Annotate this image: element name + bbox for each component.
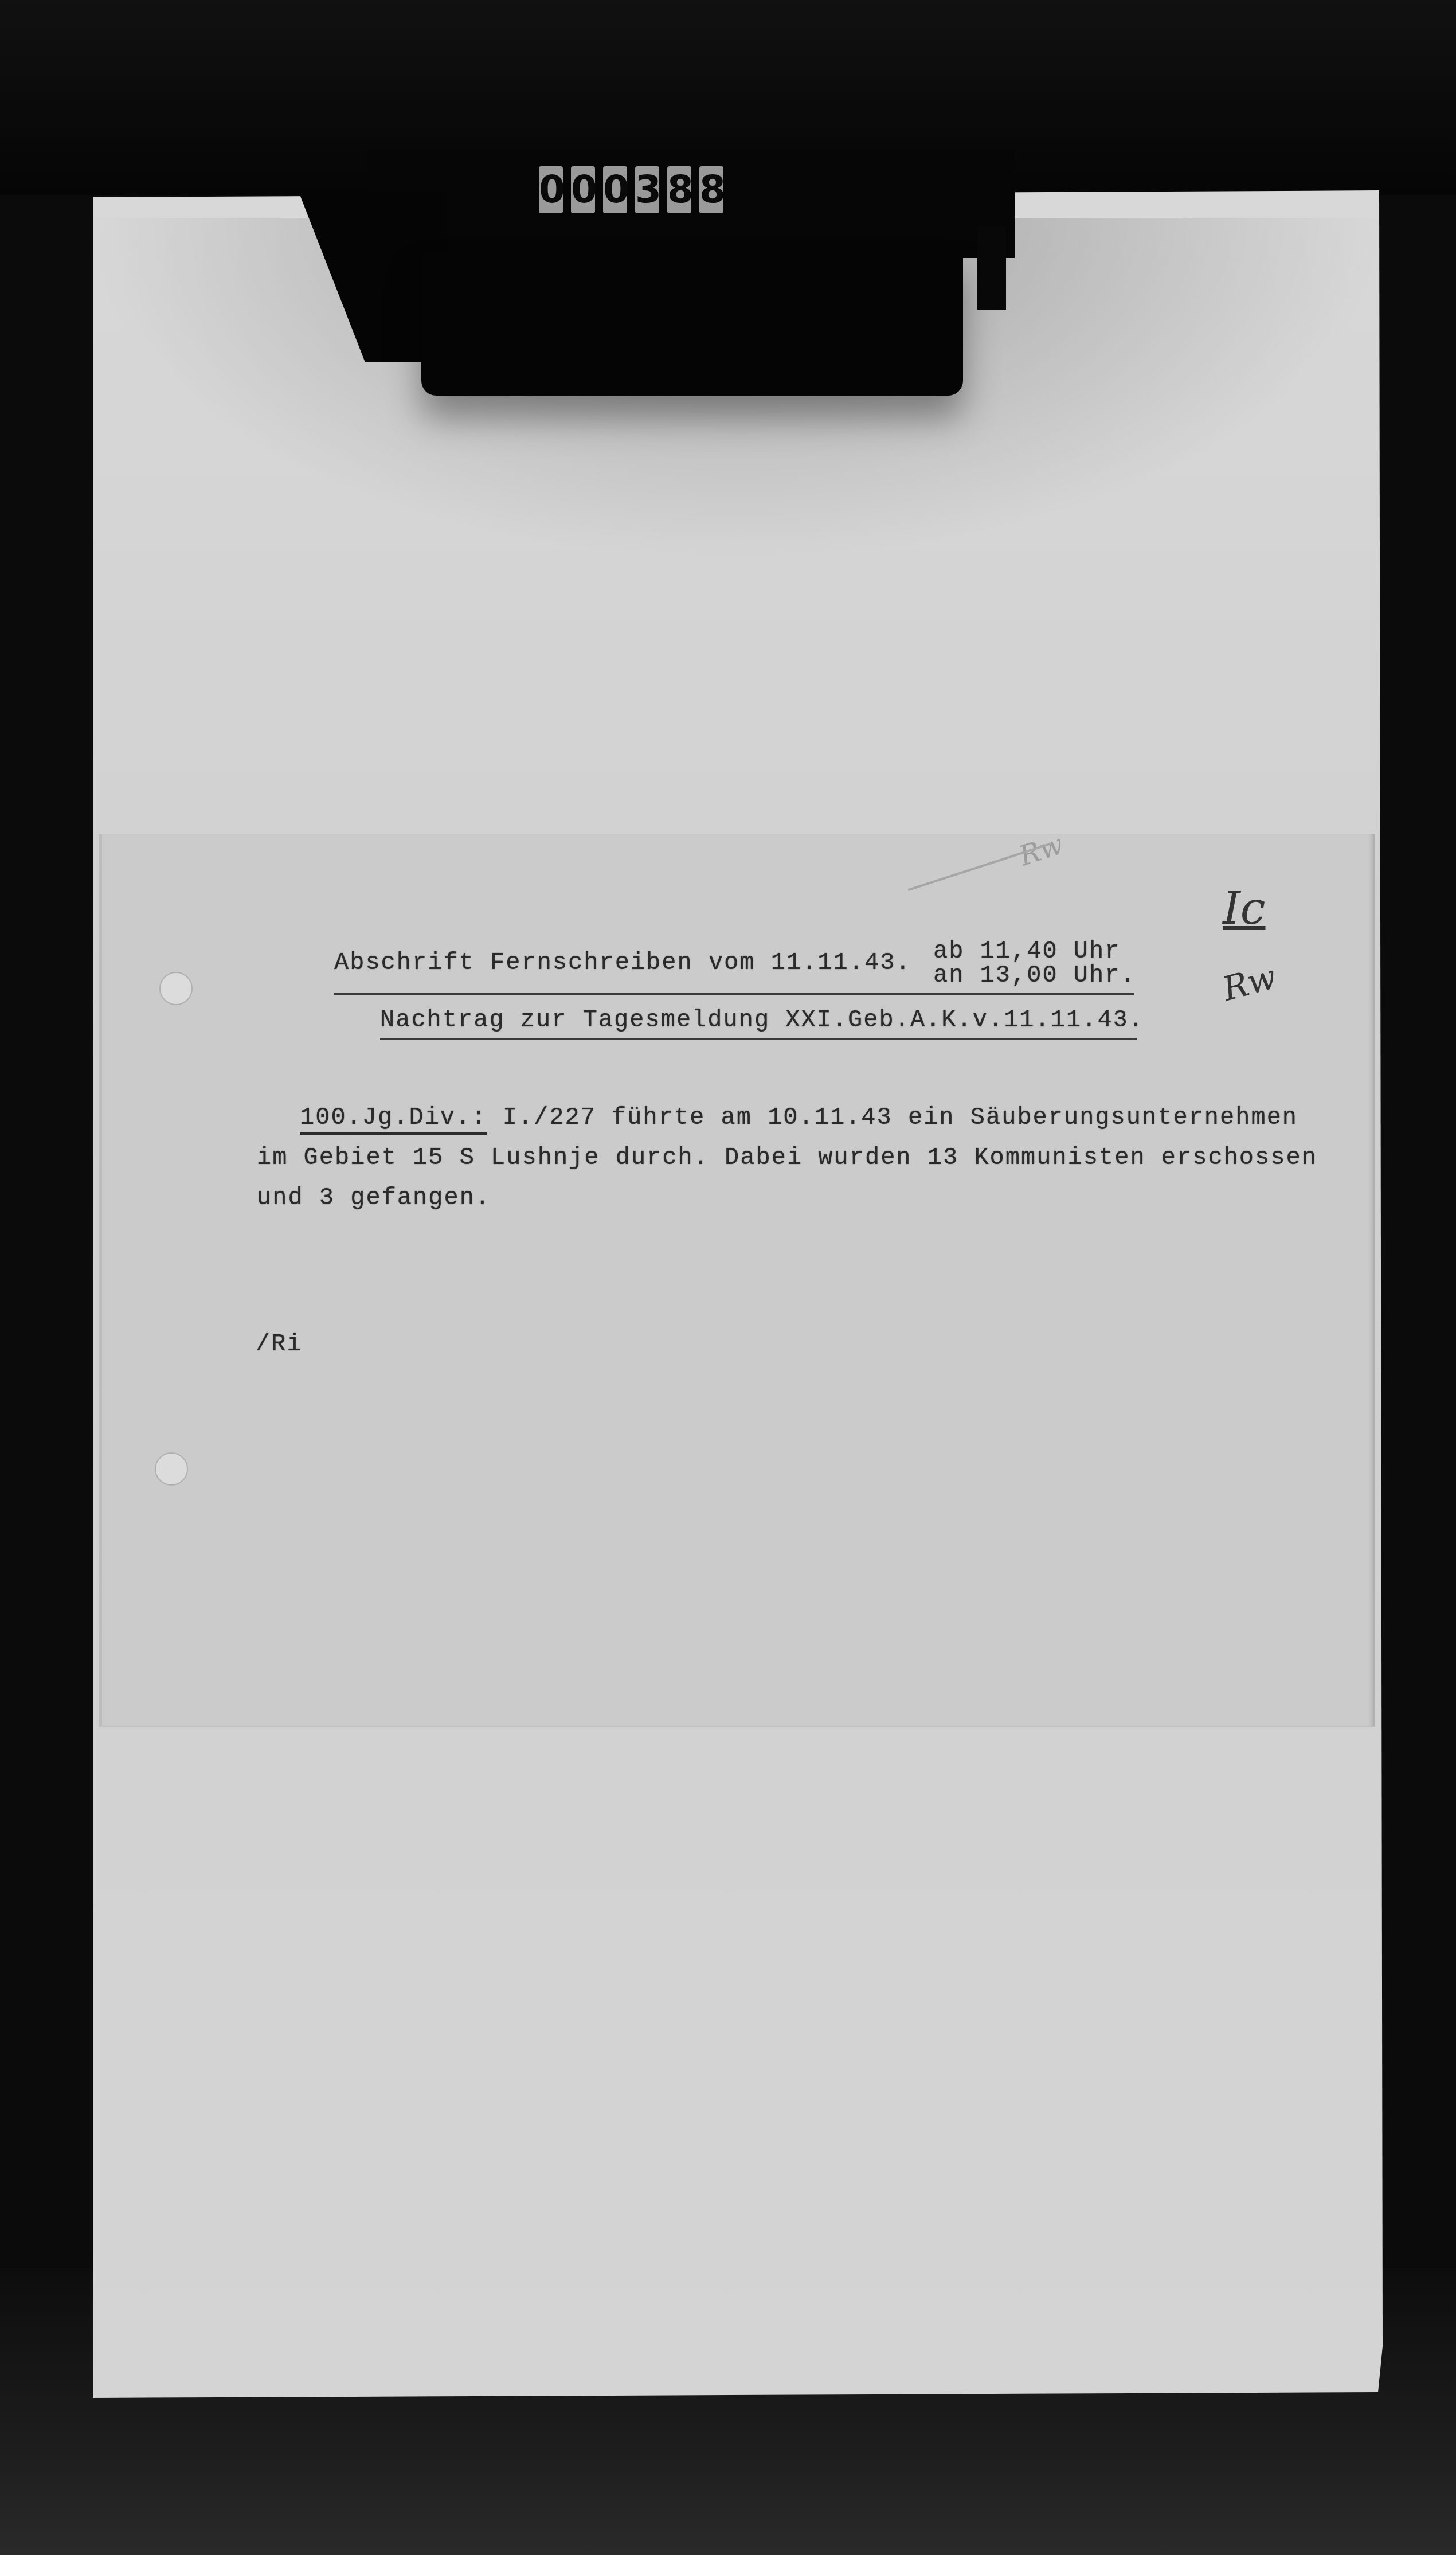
- frame-counter: 0 0 0 3 8 8: [539, 166, 723, 213]
- header-time-received: an 13,00 Uhr.: [933, 962, 1136, 989]
- teletype-copy-slip: Rw Abschrift Fernschreiben vom 11.11.43.…: [99, 834, 1375, 1726]
- punch-hole-icon: [155, 1452, 188, 1486]
- subtitle-rule: [380, 1038, 1137, 1040]
- counter-digit: 8: [699, 166, 723, 213]
- body-line-2: im Gebiet 15 S Lushnje durch. Dabei wurd…: [257, 1144, 1317, 1171]
- clip-tab: [977, 226, 1006, 310]
- faint-initials: Rw: [1015, 828, 1067, 872]
- counter-digit: 8: [667, 166, 691, 213]
- body-line-1: 100.Jg.Div.: I./227 führte am 10.11.43 e…: [300, 1104, 1298, 1131]
- punch-hole-icon: [159, 972, 193, 1005]
- header-title-line: Abschrift Fernschreiben vom 11.11.43.: [334, 949, 911, 976]
- routing-mark-ic: Ic: [1223, 883, 1266, 935]
- header-rule: [334, 993, 1134, 995]
- document-clip: [421, 252, 963, 396]
- counter-digit: 0: [539, 166, 563, 213]
- signoff-initials: /Ri: [256, 1330, 303, 1358]
- unit-label: 100.Jg.Div.:: [300, 1104, 487, 1135]
- counter-digit: 0: [571, 166, 595, 213]
- handwritten-initials: Rw: [1219, 957, 1281, 1009]
- body-line-3: und 3 gefangen.: [257, 1184, 491, 1212]
- counter-digit: 0: [603, 166, 627, 213]
- header-time-sent: ab 11,40 Uhr: [933, 937, 1120, 965]
- counter-digit: 3: [635, 166, 659, 213]
- header-subtitle: Nachtrag zur Tagesmeldung XXI.Geb.A.K.v.…: [380, 1006, 1144, 1034]
- body-line-1-text: I./227 führte am 10.11.43 ein Säuberungs…: [487, 1104, 1298, 1131]
